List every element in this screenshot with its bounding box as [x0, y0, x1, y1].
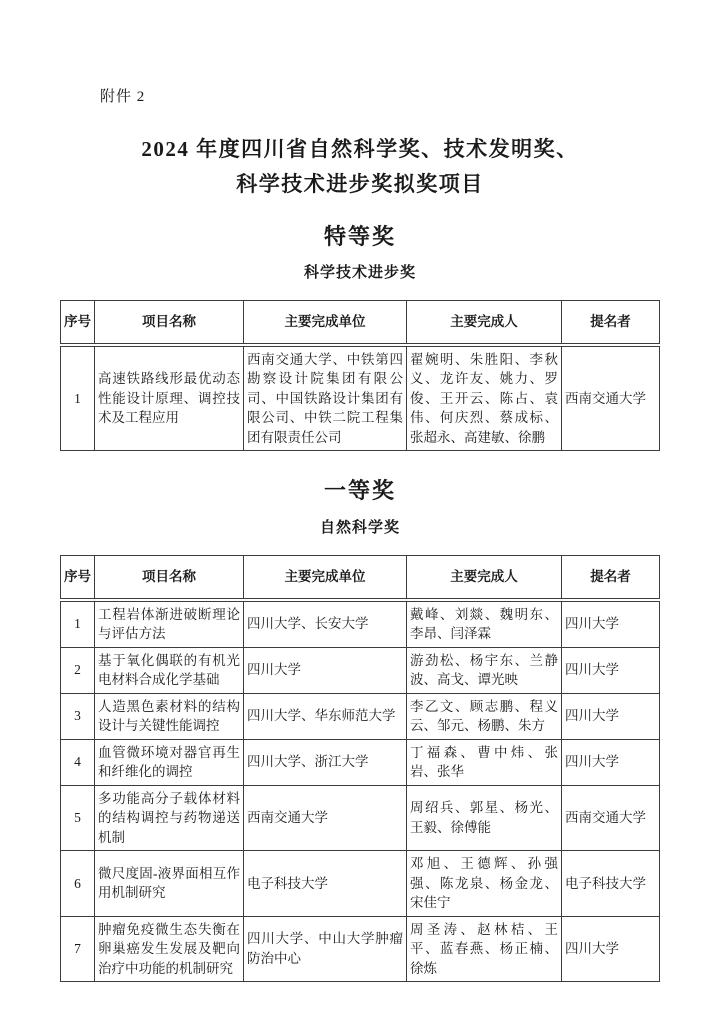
project-name-cell: 多功能高分子载体材料的结构调控与药物递送机制 [95, 785, 244, 851]
project-name-cell: 人造黑色素材料的结构设计与关键性能调控 [95, 693, 244, 739]
row-number-cell: 1 [61, 345, 95, 451]
column-header-people: 主要完成人 [407, 556, 562, 600]
section-grade-special-prize: 特等奖 [0, 220, 720, 251]
section-category-natural-science: 自然科学奖 [0, 516, 720, 537]
project-name-cell: 微尺度固-液界面相互作用机制研究 [95, 851, 244, 917]
nominator-cell: 电子科技大学 [562, 851, 660, 917]
completing-units-cell: 四川大学 [244, 647, 407, 693]
first-prize-table: 序号项目名称主要完成单位主要完成人提名者 1工程岩体渐进破断理论与评估方法四川大… [60, 555, 660, 982]
row-number-cell: 5 [61, 785, 95, 851]
document-page: 附件 2 2024 年度四川省自然科学奖、技术发明奖、 科学技术进步奖拟奖项目 … [0, 0, 720, 1018]
completers-cell: 翟婉明、朱胜阳、李秋义、龙许友、姚力、罗俊、王开云、陈占、袁伟、何庆烈、蔡成标、… [407, 345, 562, 451]
column-header-people: 主要完成人 [407, 301, 562, 345]
column-header-project: 项目名称 [95, 556, 244, 600]
table-header-row: 序号项目名称主要完成单位主要完成人提名者 [61, 301, 660, 345]
document-title-line2: 科学技术进步奖拟奖项目 [0, 168, 720, 198]
completing-units-cell: 四川大学、华东师范大学 [244, 693, 407, 739]
column-header-nominator: 提名者 [562, 301, 660, 345]
project-name-cell: 高速铁路线形最优动态性能设计原理、调控技术及工程应用 [95, 345, 244, 451]
completers-cell: 周圣涛、赵林桔、王平、蓝春燕、杨正楠、徐炼 [407, 916, 562, 982]
nominator-cell: 四川大学 [562, 916, 660, 982]
completers-cell: 李乙文、顾志鹏、程义云、邹元、杨鹏、朱方 [407, 693, 562, 739]
attachment-label: 附件 2 [100, 85, 145, 106]
row-number-cell: 6 [61, 851, 95, 917]
completers-cell: 丁福森、曹中炜、张岩、张华 [407, 739, 562, 785]
section-grade-first-prize: 一等奖 [0, 474, 720, 505]
column-header-no: 序号 [61, 556, 95, 600]
project-name-cell: 基于氧化偶联的有机光电材料合成化学基础 [95, 647, 244, 693]
completing-units-cell: 四川大学、浙江大学 [244, 739, 407, 785]
nominator-cell: 四川大学 [562, 693, 660, 739]
table-header-row: 序号项目名称主要完成单位主要完成人提名者 [61, 556, 660, 600]
completers-cell: 邓旭、王德辉、孙强强、陈龙泉、杨金龙、宋佳宁 [407, 851, 562, 917]
column-header-no: 序号 [61, 301, 95, 345]
project-name-cell: 血管微环境对器官再生和纤维化的调控 [95, 739, 244, 785]
row-number-cell: 3 [61, 693, 95, 739]
project-name-cell: 工程岩体渐进破断理论与评估方法 [95, 600, 244, 648]
row-number-cell: 4 [61, 739, 95, 785]
document-title-line1: 2024 年度四川省自然科学奖、技术发明奖、 [0, 133, 720, 163]
completing-units-cell: 西南交通大学 [244, 785, 407, 851]
completers-cell: 游劲松、杨宇东、兰静波、高戈、谭光映 [407, 647, 562, 693]
row-number-cell: 1 [61, 600, 95, 648]
table-row: 1工程岩体渐进破断理论与评估方法四川大学、长安大学戴峰、刘燚、魏明东、李昂、闫泽… [61, 600, 660, 648]
nominator-cell: 四川大学 [562, 600, 660, 648]
completing-units-cell: 四川大学、长安大学 [244, 600, 407, 648]
table-row: 2基于氧化偶联的有机光电材料合成化学基础四川大学游劲松、杨宇东、兰静波、高戈、谭… [61, 647, 660, 693]
special-prize-table: 序号项目名称主要完成单位主要完成人提名者 1高速铁路线形最优动态性能设计原理、调… [60, 300, 660, 451]
row-number-cell: 7 [61, 916, 95, 982]
column-header-units: 主要完成单位 [244, 301, 407, 345]
nominator-cell: 四川大学 [562, 739, 660, 785]
row-number-cell: 2 [61, 647, 95, 693]
nominator-cell: 西南交通大学 [562, 345, 660, 451]
completing-units-cell: 电子科技大学 [244, 851, 407, 917]
nominator-cell: 西南交通大学 [562, 785, 660, 851]
table-row: 6微尺度固-液界面相互作用机制研究电子科技大学邓旭、王德辉、孙强强、陈龙泉、杨金… [61, 851, 660, 917]
completers-cell: 周绍兵、郭星、杨光、王毅、徐傅能 [407, 785, 562, 851]
column-header-nominator: 提名者 [562, 556, 660, 600]
table-row: 4血管微环境对器官再生和纤维化的调控四川大学、浙江大学丁福森、曹中炜、张岩、张华… [61, 739, 660, 785]
table-row: 5多功能高分子载体材料的结构调控与药物递送机制西南交通大学周绍兵、郭星、杨光、王… [61, 785, 660, 851]
table-row: 1高速铁路线形最优动态性能设计原理、调控技术及工程应用西南交通大学、中铁第四勘察… [61, 345, 660, 451]
table-row: 7肿瘤免疫微生态失衡在卵巢癌发生发展及靶向治疗中功能的机制研究四川大学、中山大学… [61, 916, 660, 982]
section-category-sci-tech-progress: 科学技术进步奖 [0, 261, 720, 282]
column-header-units: 主要完成单位 [244, 556, 407, 600]
nominator-cell: 四川大学 [562, 647, 660, 693]
table-row: 3人造黑色素材料的结构设计与关键性能调控四川大学、华东师范大学李乙文、顾志鹏、程… [61, 693, 660, 739]
completing-units-cell: 四川大学、中山大学肿瘤防治中心 [244, 916, 407, 982]
completers-cell: 戴峰、刘燚、魏明东、李昂、闫泽霖 [407, 600, 562, 648]
column-header-project: 项目名称 [95, 301, 244, 345]
completing-units-cell: 西南交通大学、中铁第四勘察设计院集团有限公司、中国铁路设计集团有限公司、中铁二院… [244, 345, 407, 451]
project-name-cell: 肿瘤免疫微生态失衡在卵巢癌发生发展及靶向治疗中功能的机制研究 [95, 916, 244, 982]
